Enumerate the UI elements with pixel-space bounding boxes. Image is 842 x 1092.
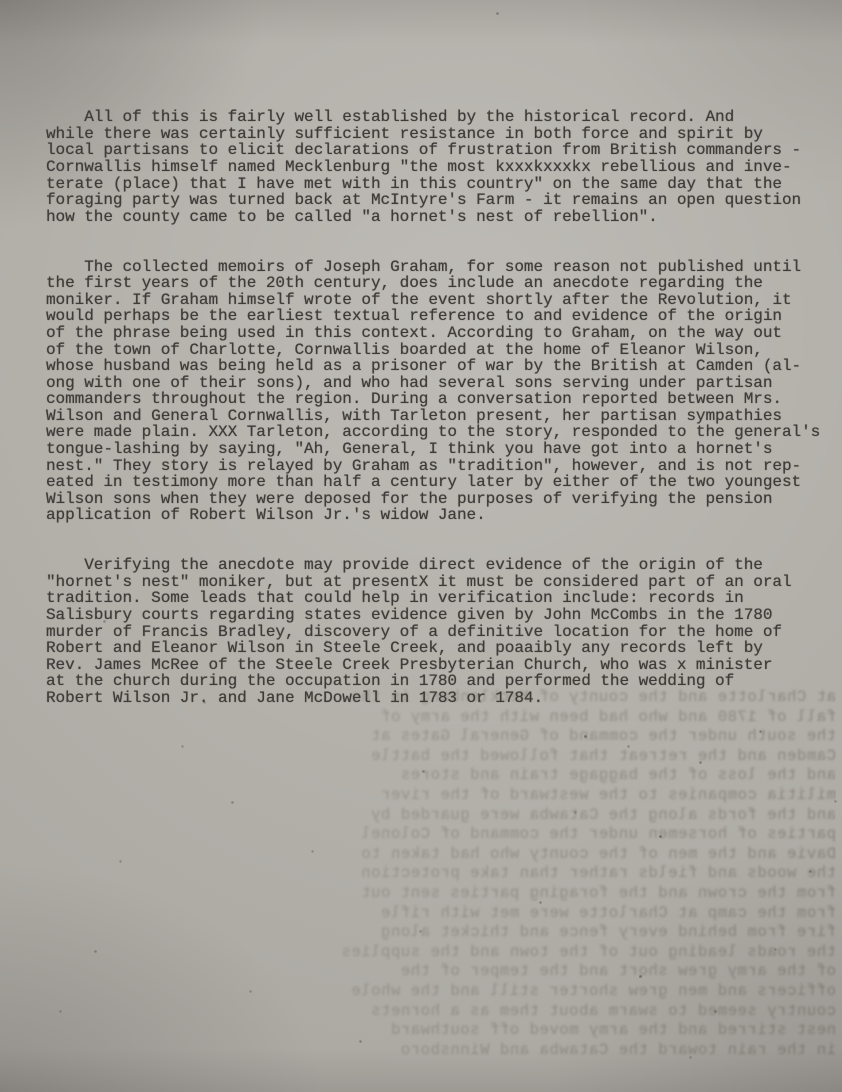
paragraph-3: Verifying the anecdote may provide direc… — [46, 557, 838, 706]
dust-specks — [0, 0, 1, 1]
bleed-through-lines: at Charlotte and the county of Mecklenbu… — [40, 688, 836, 1060]
scanned-page: at Charlotte and the county of Mecklenbu… — [0, 0, 842, 1092]
typewritten-text: All of this is fairly well established b… — [46, 76, 838, 740]
paragraph-2: The collected memoirs of Joseph Graham, … — [46, 259, 838, 525]
paragraph-1: All of this is fairly well established b… — [46, 109, 838, 225]
bleed-through-text: at Charlotte and the county of Mecklenbu… — [40, 688, 836, 1074]
